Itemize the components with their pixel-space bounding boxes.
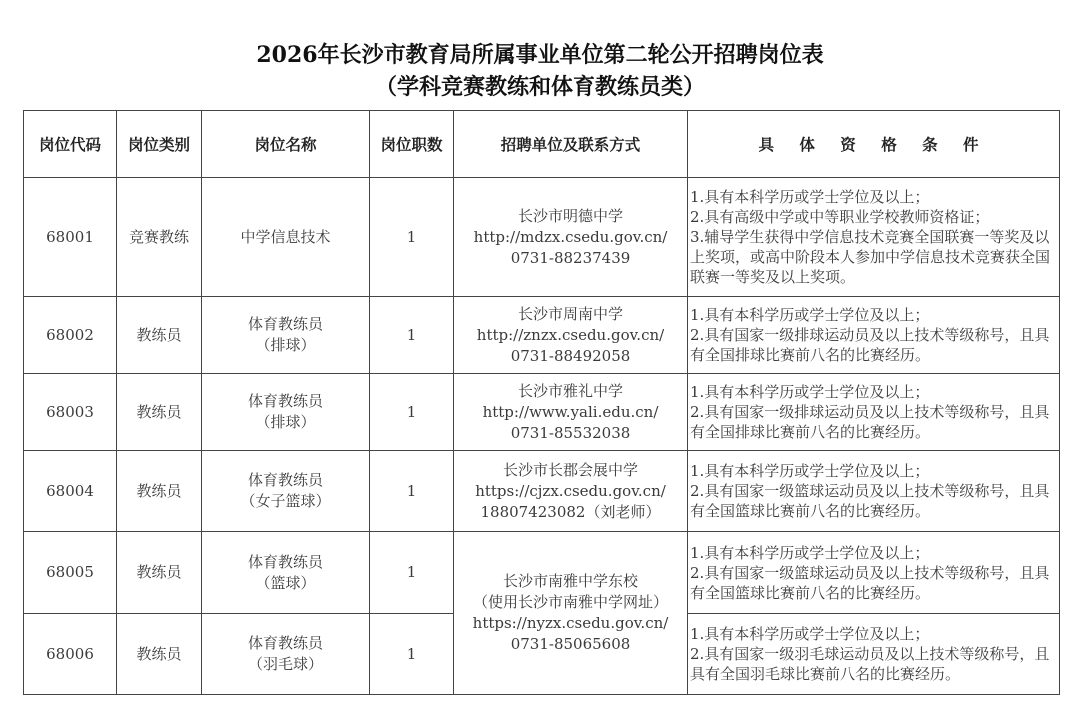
unit-name: 长沙市明德中学 [456,206,685,227]
unit-contact: 长沙市明德中学 http://mdzx.csedu.gov.cn/ 0731-8… [454,178,688,297]
header-requirements: 具 体 资 格 条 件 [688,111,1060,178]
requirements: 1.具有本科学历或学士学位及以上； 2.具有国家一级羽毛球运动员及以上技术等级称… [688,614,1060,695]
table-row: 68001 竞赛教练 中学信息技术 1 长沙市明德中学 http://mdzx.… [24,178,1060,297]
requirements: 1.具有本科学历或学士学位及以上； 2.具有国家一级篮球运动员及以上技术等级称号… [688,532,1060,614]
table-row: 68005 教练员 体育教练员 （篮球） 1 长沙市南雅中学东校 （使用长沙市南… [24,532,1060,614]
unit-url: http://znzx.csedu.gov.cn/ [456,325,685,346]
position-category: 教练员 [117,614,202,695]
requirements: 1.具有本科学历或学士学位及以上； 2.具有高级中学或中等职业学校教师资格证； … [688,178,1060,297]
position-name: 体育教练员 （羽毛球） [202,614,370,695]
document-subtitle: （学科竞赛教练和体育教练员类） [0,70,1080,101]
unit-note: （使用长沙市南雅中学网址） [456,592,685,613]
requirement-item: 2.具有国家一级羽毛球运动员及以上技术等级称号，且具有全国羽毛球比赛前八名的比赛… [690,644,1055,684]
unit-phone: 0731-88237439 [456,248,685,269]
job-positions-table: 岗位代码 岗位类别 岗位名称 岗位职数 招聘单位及联系方式 具 体 资 格 条 … [23,110,1060,695]
position-name-line1: 中学信息技术 [204,227,367,248]
position-name-line1: 体育教练员 [204,633,367,654]
requirements: 1.具有本科学历或学士学位及以上； 2.具有国家一级排球运动员及以上技术等级称号… [688,374,1060,451]
unit-url: https://cjzx.csedu.gov.cn/ [456,481,685,502]
position-code: 68002 [24,297,117,374]
position-name: 中学信息技术 [202,178,370,297]
position-name-line2: （女子篮球） [204,491,367,512]
position-count: 1 [370,178,454,297]
header-position-category: 岗位类别 [117,111,202,178]
unit-phone: 0731-85065608 [456,634,685,655]
position-code: 68003 [24,374,117,451]
requirement-item: 2.具有国家一级排球运动员及以上技术等级称号，且具有全国排球比赛前八名的比赛经历… [690,325,1055,365]
position-category: 竞赛教练 [117,178,202,297]
unit-url: http://mdzx.csedu.gov.cn/ [456,227,685,248]
requirement-item: 1.具有本科学历或学士学位及以上； [690,543,1055,563]
header-position-code: 岗位代码 [24,111,117,178]
unit-name: 长沙市雅礼中学 [456,381,685,402]
position-name-line1: 体育教练员 [204,552,367,573]
unit-contact-shared: 长沙市南雅中学东校 （使用长沙市南雅中学网址） https://nyzx.cse… [454,532,688,695]
requirement-item: 2.具有国家一级排球运动员及以上技术等级称号，且具有全国排球比赛前八名的比赛经历… [690,402,1055,442]
requirement-item: 1.具有本科学历或学士学位及以上； [690,624,1055,644]
requirement-item: 2.具有国家一级篮球运动员及以上技术等级称号，且具有全国篮球比赛前八名的比赛经历… [690,481,1055,521]
position-count: 1 [370,451,454,532]
requirement-item: 2.具有国家一级篮球运动员及以上技术等级称号，且具有全国篮球比赛前八名的比赛经历… [690,563,1055,603]
requirement-item: 1.具有本科学历或学士学位及以上； [690,461,1055,481]
position-count: 1 [370,614,454,695]
position-name-line2: （排球） [204,412,367,433]
position-name-line2: （羽毛球） [204,654,367,675]
unit-phone: 18807423082（刘老师） [456,502,685,523]
position-code: 68004 [24,451,117,532]
unit-url: https://nyzx.csedu.gov.cn/ [456,613,685,634]
requirement-item: 2.具有高级中学或中等职业学校教师资格证； [690,207,1055,227]
header-position-name: 岗位名称 [202,111,370,178]
unit-name: 长沙市南雅中学东校 [456,571,685,592]
position-count: 1 [370,374,454,451]
table-header-row: 岗位代码 岗位类别 岗位名称 岗位职数 招聘单位及联系方式 具 体 资 格 条 … [24,111,1060,178]
unit-phone: 0731-88492058 [456,346,685,367]
table-row: 68004 教练员 体育教练员 （女子篮球） 1 长沙市长郡会展中学 https… [24,451,1060,532]
requirement-item: 3.辅导学生获得中学信息技术竞赛全国联赛一等奖及以上奖项，或高中阶段本人参加中学… [690,227,1055,287]
requirement-item: 1.具有本科学历或学士学位及以上； [690,187,1055,207]
header-position-count: 岗位职数 [370,111,454,178]
unit-url: http://www.yali.edu.cn/ [456,402,685,423]
position-category: 教练员 [117,374,202,451]
position-name: 体育教练员 （排球） [202,374,370,451]
position-name-line2: （篮球） [204,573,367,594]
document-title: 2026年长沙市教育局所属事业单位第二轮公开招聘岗位表 [0,38,1080,69]
requirement-item: 1.具有本科学历或学士学位及以上； [690,382,1055,402]
header-unit-contact: 招聘单位及联系方式 [454,111,688,178]
unit-phone: 0731-85532038 [456,423,685,444]
position-code: 68006 [24,614,117,695]
position-category: 教练员 [117,532,202,614]
table-row: 68002 教练员 体育教练员 （排球） 1 长沙市周南中学 http://zn… [24,297,1060,374]
unit-contact: 长沙市周南中学 http://znzx.csedu.gov.cn/ 0731-8… [454,297,688,374]
position-count: 1 [370,532,454,614]
position-name: 体育教练员 （排球） [202,297,370,374]
requirement-item: 1.具有本科学历或学士学位及以上； [690,305,1055,325]
position-name-line1: 体育教练员 [204,314,367,335]
unit-name: 长沙市周南中学 [456,304,685,325]
position-name-line1: 体育教练员 [204,470,367,491]
position-name: 体育教练员 （女子篮球） [202,451,370,532]
position-code: 68001 [24,178,117,297]
unit-name: 长沙市长郡会展中学 [456,460,685,481]
position-name: 体育教练员 （篮球） [202,532,370,614]
requirements: 1.具有本科学历或学士学位及以上； 2.具有国家一级篮球运动员及以上技术等级称号… [688,451,1060,532]
position-name-line1: 体育教练员 [204,391,367,412]
requirements: 1.具有本科学历或学士学位及以上； 2.具有国家一级排球运动员及以上技术等级称号… [688,297,1060,374]
position-name-line2: （排球） [204,335,367,356]
position-category: 教练员 [117,297,202,374]
table-row: 68003 教练员 体育教练员 （排球） 1 长沙市雅礼中学 http://ww… [24,374,1060,451]
position-category: 教练员 [117,451,202,532]
position-count: 1 [370,297,454,374]
unit-contact: 长沙市长郡会展中学 https://cjzx.csedu.gov.cn/ 188… [454,451,688,532]
unit-contact: 长沙市雅礼中学 http://www.yali.edu.cn/ 0731-855… [454,374,688,451]
position-code: 68005 [24,532,117,614]
